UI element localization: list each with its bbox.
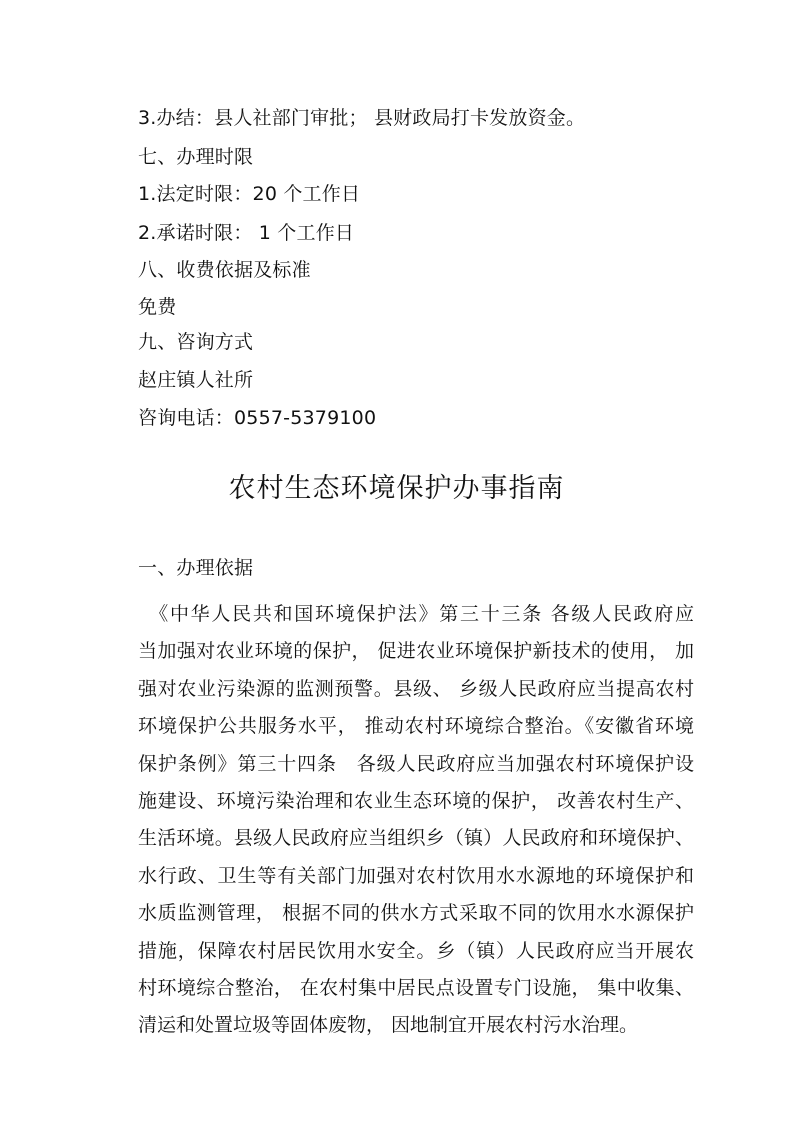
basis-paragraph: 《中华人民共和国环境保护法》第三十三条 各级人民政府应 当加强对农业环境的保护，… [138,596,694,1045]
guide-title: 农村生态环境保护办事指南 [0,472,793,506]
paragraph-line: 生活环境。县级人民政府应当组织乡（镇）人民政府和环境保护、 [138,820,694,857]
section-heading-basis: 一、办理依据 [138,556,253,580]
paragraph-line: 环境保护公共服务水平， 推动农村环境综合整治。《安徽省环境 [138,708,694,745]
section-heading-consultation: 九、咨询方式 [138,330,253,354]
paragraph-line: 《中华人民共和国环境保护法》第三十三条 各级人民政府应 [138,596,694,633]
section-heading-time-limit: 七、办理时限 [138,145,253,169]
step-completion-line: 3.办结：县人社部门审批； 县财政局打卡发放资金。 [138,106,585,130]
section-heading-fees: 八、收费依据及标准 [138,258,311,282]
paragraph-line: 保护条例》第三十四条 各级人民政府应当加强农村环境保护设 [138,746,694,783]
paragraph-line: 水行政、卫生等有关部门加强对农村饮用水水源地的环境保护和 [138,858,694,895]
paragraph-line: 村环境综合整治， 在农村集中居民点设置专门设施， 集中收集、 [138,970,694,1007]
paragraph-line: 当加强对农业环境的保护， 促进农业环境保护新技术的使用， 加 [138,633,694,670]
legal-time-limit-line: 1.法定时限：20 个工作日 [138,182,360,206]
paragraph-line: 清运和处置垃圾等固体废物， 因地制宜开展农村污水治理。 [138,1007,694,1044]
paragraph-line: 措施，保障农村居民饮用水安全。乡（镇）人民政府应当开展农 [138,933,694,970]
paragraph-line: 强对农业污染源的监测预警。县级、 乡级人民政府应当提高农村 [138,671,694,708]
document-page: 3.办结：县人社部门审批； 县财政局打卡发放资金。 七、办理时限 1.法定时限：… [0,0,793,1122]
paragraph-line: 施建设、环境污染治理和农业生态环境的保护， 改善农村生产、 [138,783,694,820]
fee-value-line: 免费 [138,295,176,319]
consultation-phone-line: 咨询电话：0557-5379100 [138,406,376,430]
paragraph-line: 水质监测管理， 根据不同的供水方式采取不同的饮用水水源保护 [138,895,694,932]
consultation-office-line: 赵庄镇人社所 [138,368,253,392]
promised-time-limit-line: 2.承诺时限： 1 个工作日 [138,221,354,245]
